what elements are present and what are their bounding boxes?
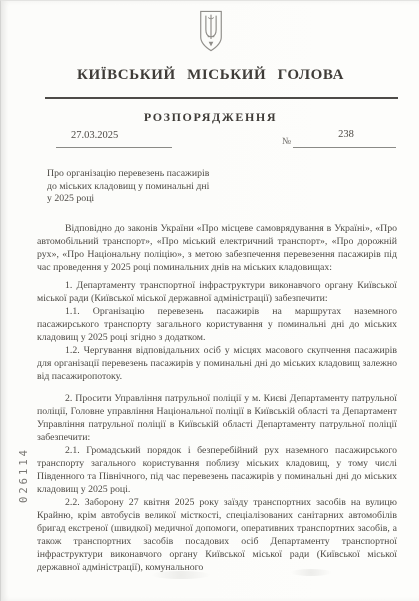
doc-date: 27.03.2025 [71, 130, 118, 141]
doc-body: Відповідно до законів України «Про місце… [37, 222, 397, 574]
date-underline [56, 147, 172, 148]
body-paragraph: 1. Департаменту транспортної інфраструкт… [37, 279, 397, 305]
doc-number: 238 [296, 129, 396, 140]
header-divider [45, 97, 398, 99]
doc-subject: Про організацію перевезень пасажирів до … [47, 168, 262, 206]
body-paragraph: Відповідно до законів України «Про місце… [37, 222, 397, 274]
body-paragraph: 2. Просити Управління патрульної поліції… [37, 392, 397, 444]
doc-number-sign: № [282, 137, 291, 147]
ukraine-trident-icon [196, 9, 226, 53]
body-paragraph: 2.2. Заборону 27 квітня 2025 року заїзду… [37, 496, 397, 574]
scan-noise [151, 571, 211, 579]
reference-row: 27.03.2025 № 238 [1, 128, 419, 160]
scan-noise [291, 569, 331, 576]
authority-title: КИЇВСЬКИЙ МІСЬКИЙ ГОЛОВА [1, 67, 419, 84]
doc-type-title: РОЗПОРЯДЖЕННЯ [1, 110, 419, 125]
doc-subject-line: Про організацію перевезень пасажирів [47, 168, 262, 181]
doc-subject-line: у 2025 році [47, 193, 262, 206]
doc-subject-line: до міських кладовищ у поминальні дні [47, 181, 262, 194]
document-page: 026114 КИЇВСЬКИЙ МІСЬКИЙ ГОЛОВА РОЗПОРЯД… [0, 0, 419, 601]
body-paragraph: 1.1. Організацію перевезень пасажирів на… [37, 305, 397, 344]
body-paragraph: 1.2. Чергування відповідальних осіб у мі… [37, 344, 397, 383]
registration-stamp-number: 026114 [18, 429, 30, 521]
number-underline [293, 147, 396, 148]
body-paragraph: 2.1. Громадський порядок і безперебійний… [37, 444, 397, 496]
